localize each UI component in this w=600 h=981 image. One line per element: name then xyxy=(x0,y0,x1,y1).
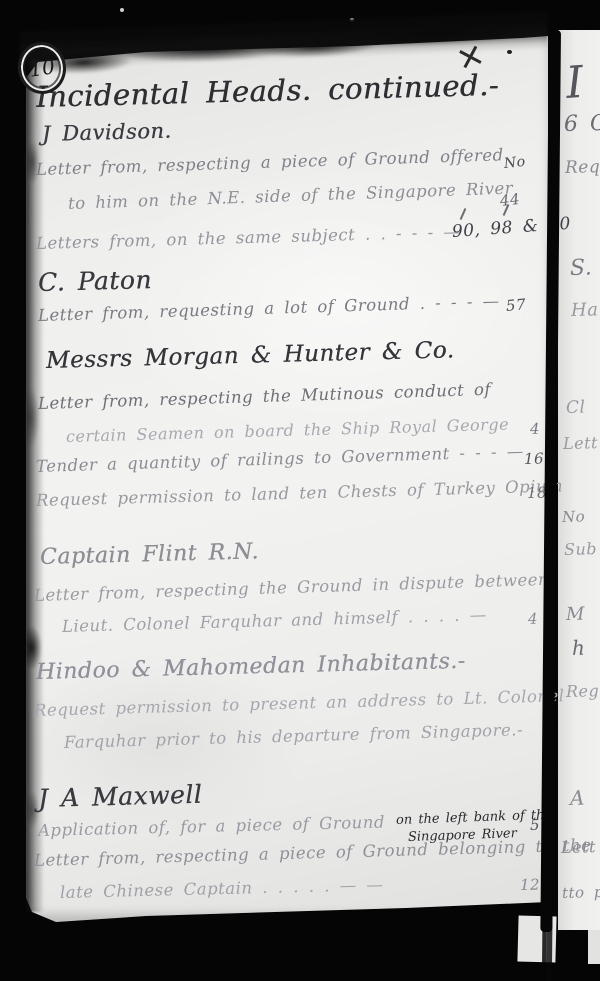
section-heading: Hindoo & Mahomedan Inhabitants.- xyxy=(36,649,466,685)
entry-ref: 16 xyxy=(524,449,545,468)
caret-mark xyxy=(460,208,467,220)
section-heading: J A Maxwell xyxy=(38,780,203,813)
section-heading: J Davidson. xyxy=(42,119,172,146)
entry-line: Letter from, respecting a piece of Groun… xyxy=(34,835,592,870)
facing-page-fragment: S. xyxy=(570,255,593,281)
entry-line: Tender a quantity of railings to Governm… xyxy=(36,442,524,476)
facing-page-fragment: h xyxy=(572,636,586,660)
facing-page-fragment: Lett xyxy=(563,433,598,453)
entry-line: late Chinese Captain . . . . . — — xyxy=(60,875,384,902)
entry-ref: 44 xyxy=(499,190,521,210)
ink-dot xyxy=(507,50,512,54)
manuscript-scan: 10 + Incidental Heads. continued.- J Dav… xyxy=(0,0,600,981)
facing-page-fragment: Ha xyxy=(571,299,599,321)
entry-line: Request permission to present an address… xyxy=(34,686,565,720)
handwriting-layer: 10 + Incidental Heads. continued.- J Dav… xyxy=(0,0,600,981)
entry-line: certain Seamen on board the Ship Royal G… xyxy=(66,415,510,446)
entry-ref: 4 xyxy=(530,420,541,438)
entry-line: Letter from, requesting a lot of Ground … xyxy=(38,291,500,324)
entry-ref: 12 xyxy=(520,875,541,894)
facing-page-fragment: A xyxy=(570,786,586,810)
entry-ref: 57 xyxy=(505,295,527,315)
facing-page-fragment: I xyxy=(564,57,585,109)
facing-page-fragment: tto p xyxy=(562,883,600,902)
facing-page-fragment: M xyxy=(566,604,585,625)
entry-line: Application of, for a piece of Ground xyxy=(38,813,385,840)
entry-line: Farquhar prior to his departure from Sin… xyxy=(64,720,524,752)
entry-ref: No xyxy=(503,154,526,172)
entry-line: Letter from, respecting a piece of Groun… xyxy=(36,145,504,179)
entry-line: Letter from, respecting the Mutinous con… xyxy=(38,380,492,413)
facing-page-fragment: Cl xyxy=(566,397,586,418)
facing-page-fragment: Reg xyxy=(566,681,600,701)
page-title: Incidental Heads. continued.- xyxy=(36,68,500,114)
folio-number: 10 xyxy=(28,54,57,81)
section-heading: C. Paton xyxy=(38,265,153,297)
entry-line: to him on the N.E. side of the Singapore… xyxy=(68,178,514,213)
entry-ref: 4 xyxy=(528,610,539,628)
entry-line: Lieut. Colonel Farquhar and himself . . … xyxy=(62,605,487,636)
facing-page-fragment: Requ xyxy=(565,157,600,178)
section-heading: Messrs Morgan & Hunter & Co. xyxy=(46,337,455,374)
entry-line: Letter from, respecting the Ground in di… xyxy=(34,570,550,605)
facing-page-fragment: Sub xyxy=(564,539,598,559)
facing-page-fragment: Lett xyxy=(561,837,596,857)
section-heading: Captain Flint R.N. xyxy=(40,539,260,570)
facing-page-fragment: No xyxy=(562,507,586,526)
entry-ref: 5 xyxy=(530,816,541,834)
entry-line: Letters from, on the same subject . . - … xyxy=(36,222,461,253)
entry-line: Request permission to land ten Chests of… xyxy=(36,476,564,510)
facing-page-fragment: 6 C xyxy=(564,111,600,137)
